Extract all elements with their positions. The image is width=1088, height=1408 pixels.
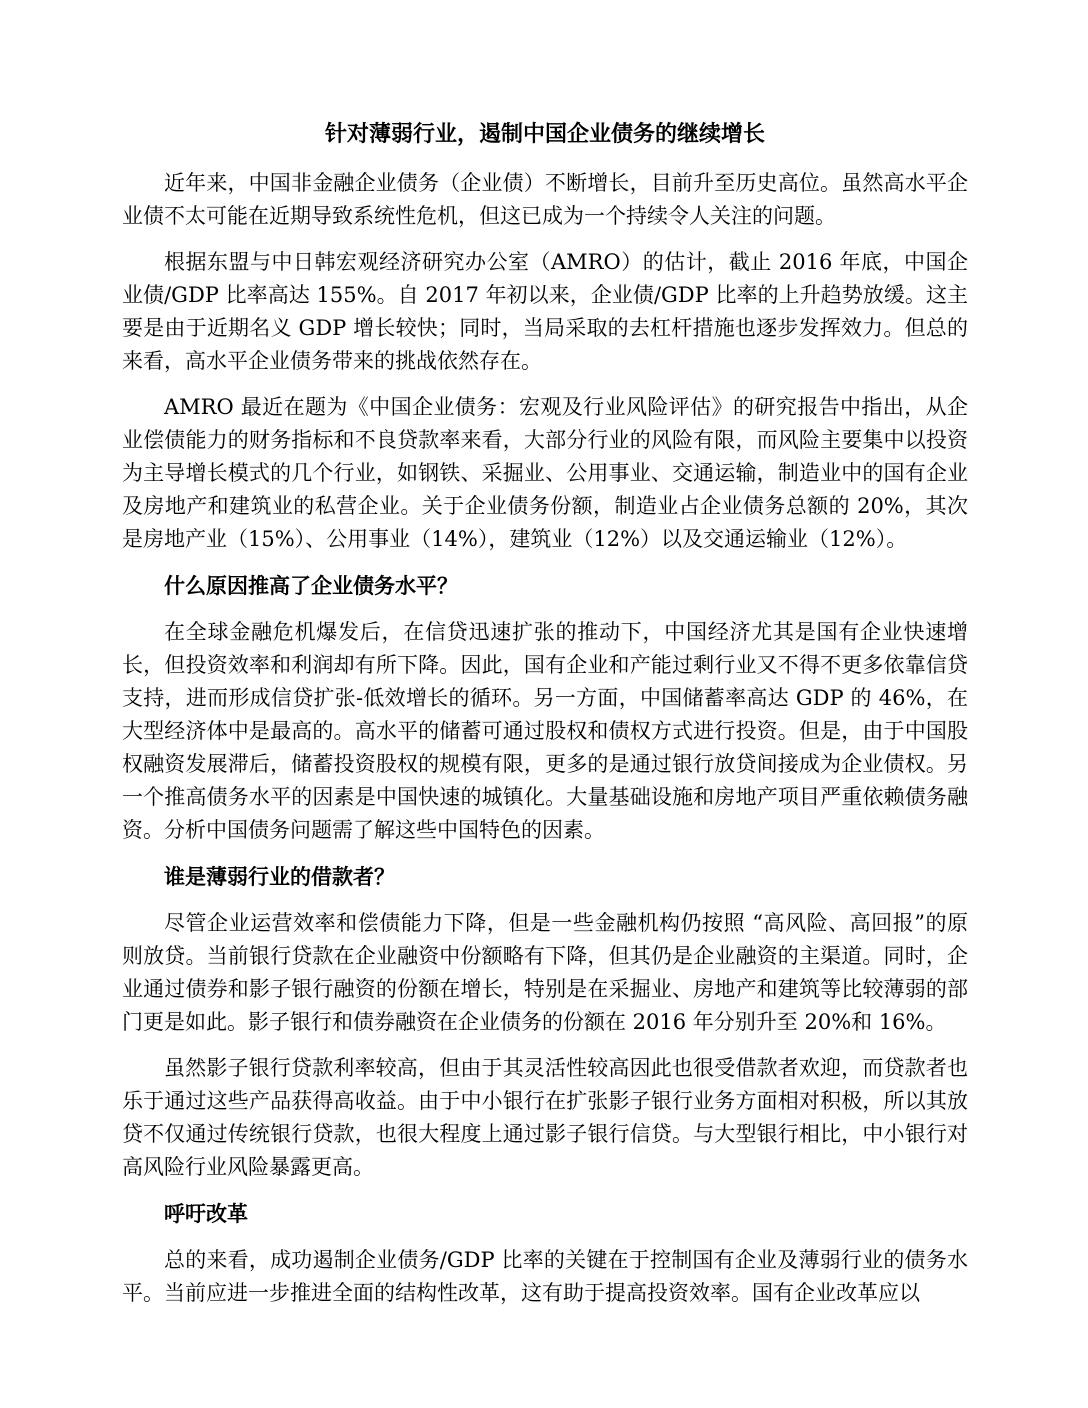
document-title: 针对薄弱行业，遏制中国企业债务的继续增长 [122,118,968,151]
paragraph-borrowers: 尽管企业运营效率和偿债能力下降，但是一些金融机构仍按照 “高风险、高回报”的原则… [122,907,968,1039]
paragraph-amro-estimate: 根据东盟与中日韩宏观经济研究办公室（AMRO）的估计，截止 2016 年底，中国… [122,246,968,378]
section-heading-debt-drivers: 什么原因推高了企业债务水平？ [122,569,968,602]
document-page: 针对薄弱行业，遏制中国企业债务的继续增长 近年来，中国非金融企业债务（企业债）不… [0,0,1088,1408]
paragraph-intro: 近年来，中国非金融企业债务（企业债）不断增长，目前升至历史高位。虽然高水平企业债… [122,167,968,233]
paragraph-shadow-banking: 虽然影子银行贷款利率较高，但由于其灵活性较高因此也很受借款者欢迎，而贷款者也乐于… [122,1052,968,1184]
document-content: 针对薄弱行业，遏制中国企业债务的继续增长 近年来，中国非金融企业债务（企业债）不… [0,0,1088,1310]
paragraph-conclusion: 总的来看，成功遏制企业债务/GDP 比率的关键在于控制国有企业及薄弱行业的债务水… [122,1244,968,1310]
section-heading-call-for-reform: 呼吁改革 [122,1197,968,1230]
section-heading-weak-sector-borrowers: 谁是薄弱行业的借款者？ [122,860,968,893]
paragraph-report-findings: AMRO 最近在题为《中国企业债务：宏观及行业风险评估》的研究报告中指出，从企业… [122,391,968,556]
paragraph-debt-drivers: 在全球金融危机爆发后，在信贷迅速扩张的推动下，中国经济尤其是国有企业快速增长，但… [122,616,968,847]
